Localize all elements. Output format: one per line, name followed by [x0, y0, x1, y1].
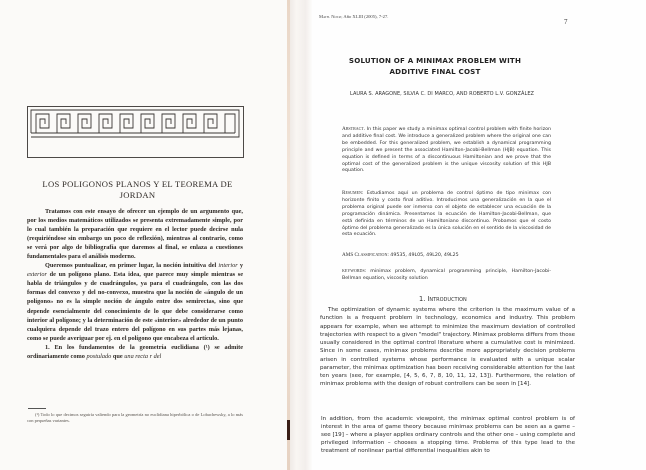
left-page: LOS POLIGONOS PLANOS Y EL TEOREMA DE JOR… [0, 0, 290, 470]
paragraph: Tratamos con este ensayo de ofrecer un e… [27, 207, 243, 261]
paragraph: Queremos puntualizar, en primer lugar, l… [27, 261, 243, 342]
introduction-paragraph: The optimization of dynamic systems wher… [320, 306, 575, 389]
introduction-paragraph: In addition, from the academic viewpoint… [321, 415, 575, 455]
greek-key-ornament [27, 106, 244, 158]
right-page: Math. Notæ; Año XLIII (2005), 7-27. 7 SO… [312, 0, 646, 470]
running-header: Math. Notæ; Año XLIII (2005), 7-27. [319, 14, 388, 19]
footnote-rule [28, 408, 46, 409]
resumen: Resumen: Estudiamos aquí un problema de … [342, 190, 551, 239]
ams-classification: AMS Classification: 49535, 49L05, 49L20,… [342, 252, 551, 260]
article-title: LOS POLIGONOS PLANOS Y EL TEOREMA DE JOR… [30, 179, 245, 201]
section-heading: 1. Introduction [419, 295, 467, 303]
paper-title: SOLUTION OF A MINIMAX PROBLEM WITH ADDIT… [332, 56, 538, 77]
paragraph: 1. En los fundamentos de la geometría eu… [27, 343, 243, 361]
abstract: Abstract. In this paper we study a minim… [342, 126, 551, 175]
book-gutter [290, 0, 312, 470]
keywords: keywords: minimax problem, dynamical pro… [342, 268, 551, 283]
page-number: 7 [564, 18, 568, 26]
footnote: (¹) Todo lo que decimos seguiría valiend… [27, 412, 243, 424]
authors: LAURA S. ARAGONE, SILVIA C. DI MARCO, AN… [322, 91, 562, 97]
article-body: Tratamos con este ensayo de ofrecer un e… [27, 207, 243, 361]
